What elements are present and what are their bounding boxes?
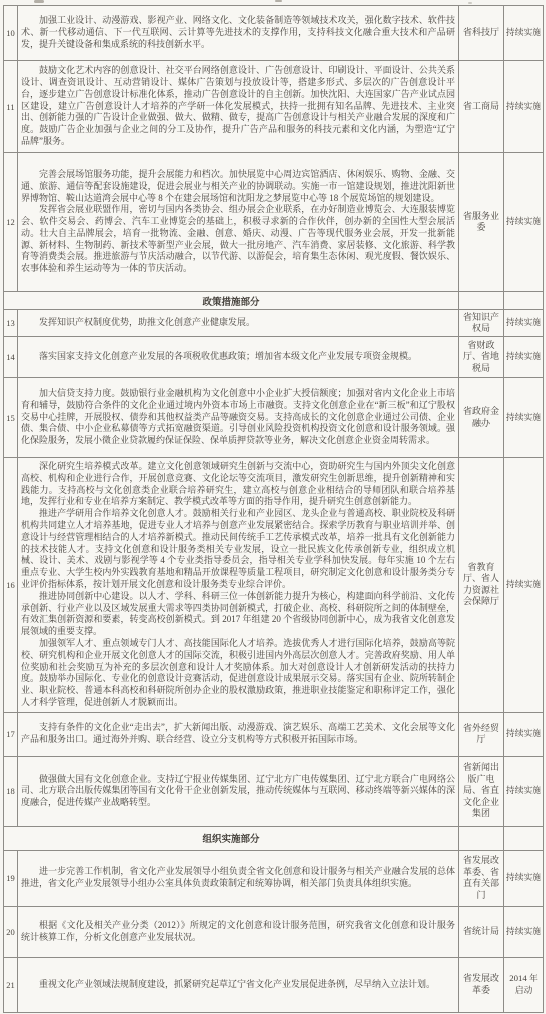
task-paragraph: 推进产学研用合作培养文化创意人才。鼓励相关行业和产业园区、龙头企业与普通高校、职… xyxy=(21,508,455,591)
table-row-18: 18 做强做大国有文化创意企业。支持辽宁报业传媒集团、辽宁北方广电传媒集团、辽宁… xyxy=(4,756,544,826)
task-text-cell: 做强做大国有文化创意企业。支持辽宁报业传媒集团、辽宁北方广电传媒集团、辽宁北方联… xyxy=(18,756,459,826)
scan-artifact xyxy=(34,0,44,3)
scan-artifact xyxy=(468,2,472,4)
row-number: 20 xyxy=(4,906,18,957)
status-cell: 持续实施 xyxy=(504,906,544,957)
scanned-document-page: 10 加强工业设计、动漫游戏、影视产业、网络文化、文化装备制造等领域技术攻关，强… xyxy=(0,0,546,1014)
status-cell: 持续实施 xyxy=(504,850,544,906)
row-number: 12 xyxy=(4,153,18,292)
empty-cell xyxy=(504,826,544,850)
task-paragraph: 推进协同创新中心建设。以人才、学科、科研三位一体创新能力提升为核心，构建面向科学… xyxy=(21,591,455,638)
row-number: 11 xyxy=(4,61,18,153)
task-text-cell: 根据《文化及相关产业分类（2012）》所规定的文化创意和设计服务范围，研究我省文… xyxy=(18,906,459,957)
task-paragraph: 深化研究生培养模式改革。建立文化创意领域研究生创新与交流中心，资助研究生与国内外… xyxy=(21,461,455,508)
task-text-cell: 深化研究生培养模式改革。建立文化创意领域研究生创新与交流中心，资助研究生与国内外… xyxy=(18,458,459,713)
table-row-14: 14 落实国家支持文化创意产业发展的各项税收优惠政策；增加省本级文化产业发展专项… xyxy=(4,337,544,378)
task-paragraph: 加强领军人才、重点领域专门人才、高技能国际化人才培养。选拔优秀人才进行国际化培养… xyxy=(21,638,455,709)
status-cell: 持续实施 xyxy=(504,6,544,61)
scan-artifact xyxy=(275,0,282,2)
status-cell: 持续实施 xyxy=(504,458,544,713)
department-cell: 省教育厅、省人力资源社会保障厅 xyxy=(459,458,504,713)
department-cell: 省新闻出版广电局、省直文化企业集团 xyxy=(459,756,504,826)
table-row-13: 13 发挥知识产权制度优势，助推文化创意产业健康发展。 省知识产权局 持续实施 xyxy=(4,310,544,337)
task-text-cell: 加强工业设计、动漫游戏、影视产业、网络文化、文化装备制造等领域技术攻关，强化数字… xyxy=(18,6,459,61)
task-paragraph: 加强工业设计、动漫游戏、影视产业、网络文化、文化装备制造等领域技术攻关，强化数字… xyxy=(21,15,455,50)
task-paragraph: 鼓励文化艺术内容的创意设计、社交平台网络创意设计、广告创意设计、印刷设计、平面设… xyxy=(21,65,455,148)
row-number: 14 xyxy=(4,337,18,378)
task-paragraph: 发挥知识产权制度优势，助推文化创意产业健康发展。 xyxy=(21,317,455,329)
department-cell: 省财政厅、省地税局 xyxy=(459,337,504,378)
table-row-10: 10 加强工业设计、动漫游戏、影视产业、网络文化、文化装备制造等领域技术攻关，强… xyxy=(4,6,544,61)
row-number: 18 xyxy=(4,756,18,826)
task-paragraph: 支持有条件的文化企业“走出去”，扩大新闻出版、动漫游戏、演艺娱乐、高端工艺美术、… xyxy=(21,722,455,746)
task-text-cell: 支持有条件的文化企业“走出去”，扩大新闻出版、动漫游戏、演艺娱乐、高端工艺美术、… xyxy=(18,712,459,756)
row-number: 17 xyxy=(4,712,18,756)
task-text-cell: 重视文化产业领域法规制度建设，抓紧研究起草辽宁省文化产业发展促进条例，尽早纳入立… xyxy=(18,957,459,1012)
section-header: 政策措施部分 xyxy=(4,292,459,310)
row-number: 21 xyxy=(4,957,18,1012)
department-cell: 省服务业委 xyxy=(459,153,504,292)
policy-task-table: 10 加强工业设计、动漫游戏、影视产业、网络文化、文化装备制造等领域技术攻关，强… xyxy=(3,5,544,1013)
task-paragraph: 发挥省会展业联盟作用，密切与国内各类协会、组办展会企业联系，在办好制造业博览会、… xyxy=(21,204,455,275)
department-cell: 省知识产权局 xyxy=(459,310,504,337)
task-paragraph: 加大信贷支持力度。鼓励银行业金融机构为文化创意中小企业扩大授信额度；加强对省内文… xyxy=(21,388,455,447)
task-paragraph: 进一步完善工作机制，省文化产业发展领导小组负责全省文化创意和设计服务与相关产业融… xyxy=(21,866,455,890)
status-cell: 持续实施 xyxy=(504,337,544,378)
department-cell: 省统计局 xyxy=(459,906,504,957)
section-header-row-organization: 组织实施部分 xyxy=(4,826,544,850)
task-text-cell: 进一步完善工作机制，省文化产业发展领导小组负责全省文化创意和设计服务与相关产业融… xyxy=(18,850,459,906)
status-cell: 持续实施 xyxy=(504,712,544,756)
status-cell: 持续实施 xyxy=(504,310,544,337)
row-number: 15 xyxy=(4,378,18,458)
status-cell: 持续实施 xyxy=(504,378,544,458)
table-row-21: 21 重视文化产业领域法规制度建设，抓紧研究起草辽宁省文化产业发展促进条例，尽早… xyxy=(4,957,544,1012)
row-number: 19 xyxy=(4,850,18,906)
table-row-17: 17 支持有条件的文化企业“走出去”，扩大新闻出版、动漫游戏、演艺娱乐、高端工艺… xyxy=(4,712,544,756)
empty-cell xyxy=(459,826,504,850)
status-cell: 持续实施 xyxy=(504,756,544,826)
task-text-cell: 发挥知识产权制度优势，助推文化创意产业健康发展。 xyxy=(18,310,459,337)
department-cell: 省工商局 xyxy=(459,61,504,153)
table-row-15: 15 加大信贷支持力度。鼓励银行业金融机构为文化创意中小企业扩大授信额度；加强对… xyxy=(4,378,544,458)
table-row-20: 20 根据《文化及相关产业分类（2012）》所规定的文化创意和设计服务范围，研究… xyxy=(4,906,544,957)
row-number: 16 xyxy=(4,458,18,713)
section-header-row-policy: 政策措施部分 xyxy=(4,292,544,310)
task-paragraph: 做强做大国有文化创意企业。支持辽宁报业传媒集团、辽宁北方广电传媒集团、辽宁北方联… xyxy=(21,774,455,809)
status-cell: 2014 年启动 xyxy=(504,957,544,1012)
empty-cell xyxy=(504,292,544,310)
table-row-19: 19 进一步完善工作机制，省文化产业发展领导小组负责全省文化创意和设计服务与相关… xyxy=(4,850,544,906)
task-paragraph: 重视文化产业领域法规制度建设，抓紧研究起草辽宁省文化产业发展促进条例，尽早纳入立… xyxy=(21,979,455,991)
department-cell: 省发展改革委 xyxy=(459,957,504,1012)
task-text-cell: 落实国家支持文化创意产业发展的各项税收优惠政策；增加省本级文化产业发展专项资金规… xyxy=(18,337,459,378)
department-cell: 省政府金融办 xyxy=(459,378,504,458)
table-row-16: 16 深化研究生培养模式改革。建立文化创意领域研究生创新与交流中心，资助研究生与… xyxy=(4,458,544,713)
table-row-11: 11 鼓励文化艺术内容的创意设计、社交平台网络创意设计、广告创意设计、印刷设计、… xyxy=(4,61,544,153)
department-cell: 省外经贸厅 xyxy=(459,712,504,756)
row-number: 13 xyxy=(4,310,18,337)
task-text-cell: 鼓励文化艺术内容的创意设计、社交平台网络创意设计、广告创意设计、印刷设计、平面设… xyxy=(18,61,459,153)
empty-cell xyxy=(459,292,504,310)
status-cell: 持续实施 xyxy=(504,61,544,153)
task-paragraph: 根据《文化及相关产业分类（2012）》所规定的文化创意和设计服务范围，研究我省文… xyxy=(21,920,455,944)
task-paragraph: 落实国家支持文化创意产业发展的各项税收优惠政策；增加省本级文化产业发展专项资金规… xyxy=(21,351,455,363)
table-row-12: 12 完善会展场馆服务功能，提升会展能力和档次。加快展览中心周边宾馆酒店、休闲娱… xyxy=(4,153,544,292)
department-cell: 省发展改革委、省直有关部门 xyxy=(459,850,504,906)
row-number: 10 xyxy=(4,6,18,61)
section-header: 组织实施部分 xyxy=(4,826,459,850)
task-text-cell: 加大信贷支持力度。鼓励银行业金融机构为文化创意中小企业扩大授信额度；加强对省内文… xyxy=(18,378,459,458)
department-cell: 省科技厅 xyxy=(459,6,504,61)
task-paragraph: 完善会展场馆服务功能，提升会展能力和档次。加快展览中心周边宾馆酒店、休闲娱乐、购… xyxy=(21,169,455,204)
task-text-cell: 完善会展场馆服务功能，提升会展能力和档次。加快展览中心周边宾馆酒店、休闲娱乐、购… xyxy=(18,153,459,292)
status-cell: 持续实施 xyxy=(504,153,544,292)
